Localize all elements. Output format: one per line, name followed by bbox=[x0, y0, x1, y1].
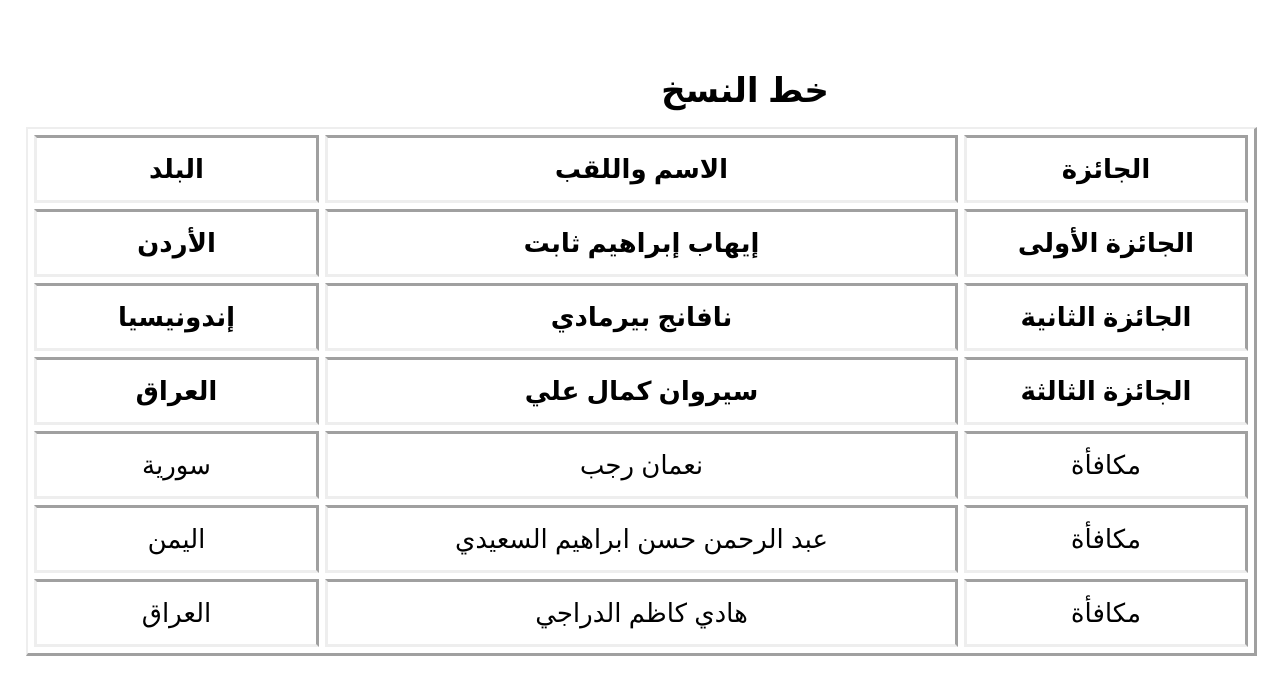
cell-name: سيروان كمال علي bbox=[325, 357, 958, 425]
table-row: مكافأة عبد الرحمن حسن ابراهيم السعيدي ال… bbox=[34, 505, 1248, 573]
cell-name: نافانج بيرمادي bbox=[325, 283, 958, 351]
table-row: مكافأة هادي كاظم الدراجي العراق bbox=[34, 579, 1248, 647]
cell-country: العراق bbox=[34, 579, 319, 647]
cell-prize: الجائزة الثانية bbox=[964, 283, 1248, 351]
document-title: خط النسخ bbox=[640, 66, 850, 116]
table-row: الجائزة الثانية نافانج بيرمادي إندونيسيا bbox=[34, 283, 1248, 351]
cell-name: هادي كاظم الدراجي bbox=[325, 579, 958, 647]
table-row: الجائزة الثالثة سيروان كمال علي العراق bbox=[34, 357, 1248, 425]
header-name: الاسم واللقب bbox=[325, 135, 958, 203]
cell-country: الأردن bbox=[34, 209, 319, 277]
cell-prize: مكافأة bbox=[964, 579, 1248, 647]
cell-name: إيهاب إبراهيم ثابت bbox=[325, 209, 958, 277]
cell-country: اليمن bbox=[34, 505, 319, 573]
cell-prize: الجائزة الثالثة bbox=[964, 357, 1248, 425]
cell-prize: مكافأة bbox=[964, 505, 1248, 573]
cell-country: العراق bbox=[34, 357, 319, 425]
cell-name: نعمان رجب bbox=[325, 431, 958, 499]
awards-table: الجائزة الاسم واللقب البلد الجائزة الأول… bbox=[26, 127, 1257, 656]
cell-prize: مكافأة bbox=[964, 431, 1248, 499]
table-header-row: الجائزة الاسم واللقب البلد bbox=[34, 135, 1248, 203]
header-prize: الجائزة bbox=[964, 135, 1248, 203]
table-row: الجائزة الأولى إيهاب إبراهيم ثابت الأردن bbox=[34, 209, 1248, 277]
header-country: البلد bbox=[34, 135, 319, 203]
cell-country: سورية bbox=[34, 431, 319, 499]
table-row: مكافأة نعمان رجب سورية bbox=[34, 431, 1248, 499]
cell-name: عبد الرحمن حسن ابراهيم السعيدي bbox=[325, 505, 958, 573]
cell-prize: الجائزة الأولى bbox=[964, 209, 1248, 277]
cell-country: إندونيسيا bbox=[34, 283, 319, 351]
